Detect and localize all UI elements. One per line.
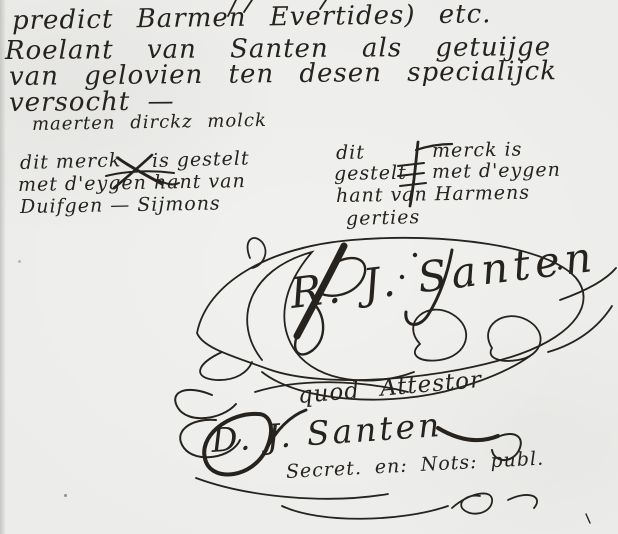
- staff-tally-house-mark-icon: [398, 142, 452, 206]
- manuscript-page: predict Barmen Evertides) etc. Roelant v…: [0, 0, 618, 534]
- scan-speck: [64, 494, 67, 497]
- scan-speck: [18, 260, 21, 263]
- main-signature-name: R. J. Santen: [286, 232, 599, 318]
- paraph-flourish: [196, 478, 590, 523]
- x-cross-house-mark-icon: [106, 155, 179, 188]
- top-cutoff-strokes-icon: [228, 0, 326, 16]
- ink-strokes-layer: R. J. Santen D. J. Santen: [0, 0, 618, 534]
